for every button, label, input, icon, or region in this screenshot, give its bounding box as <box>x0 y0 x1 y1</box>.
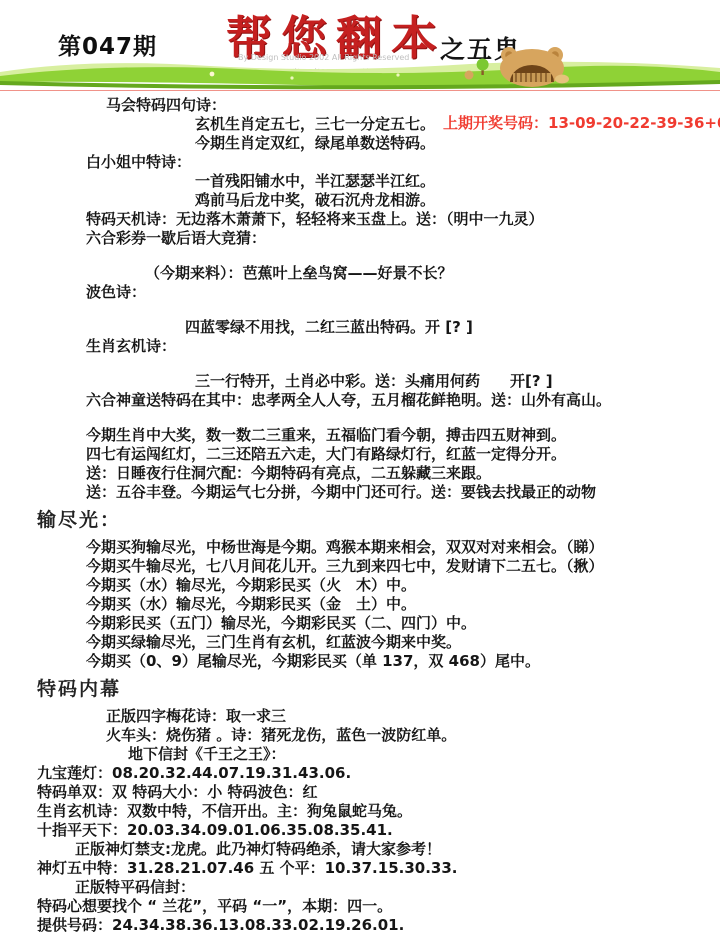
text-line: 特码天机诗：无边落木萧萧下，轻轻将来玉盘上。送：（明中一九灵） <box>86 210 720 229</box>
text-line: 特码心想要找个 “ 兰花”，平码 “一”，本期：四一。 <box>37 897 720 916</box>
text-line: 地下信封《千王之王》： <box>128 745 720 764</box>
text-line: 三一行特开，土肖必中彩。送：头痛用何药 开[? ] <box>195 372 720 391</box>
text-line: 六合神童送特码在其中：忠孝两全人人夸，五月榴花鲜艳明。送：山外有高山。 <box>86 391 720 410</box>
text-line: 六合彩券一歇后语大竞猜： <box>86 229 720 248</box>
text-line: 四七有运闯红灯，二三还陪五六走，大门有路绿灯行，红蓝一定得分开。 <box>86 445 720 464</box>
text-line: 生肖玄机诗： <box>86 337 720 356</box>
text-line: 提供号码：24.34.38.36.13.08.33.02.19.26.01. <box>37 916 720 935</box>
grass-dot <box>210 72 215 77</box>
text-line: 送：日睡夜行住洞穴配：今期特码有亮点，二五躲藏三来跟。 <box>86 464 720 483</box>
last-draw-label: 上期开奖号码： <box>443 114 548 132</box>
content: 上期开奖号码：13-09-20-22-39-36+03 马会特码四句诗：玄机生肖… <box>0 90 720 935</box>
text-line: 输尽光： <box>37 508 720 532</box>
text-line: 一首残阳铺水中，半江瑟瑟半江红。 <box>195 172 720 191</box>
text-line: 生肖玄机诗：双数中特，不信开出。主：狗兔鼠蛇马兔。 <box>37 802 720 821</box>
text-line: 九宝莲灯：08.20.32.44.07.19.31.43.06. <box>37 764 720 783</box>
text-line: 火车头：烧伤猪 。诗：猪死龙伤，蓝色一波防红单。 <box>106 726 720 745</box>
text-line: 今期买（水）输尽光，今期彩民买（金 土）中。 <box>86 595 720 614</box>
text-lines: 马会特码四句诗：玄机生肖定五七，三七一分定五七。今期生肖定双红，绿尾单数送特码。… <box>0 96 720 935</box>
text-line: 送：五谷丰登。今期运气七分拼，今期中门还可行。送：要钱去找最正的动物 <box>86 483 720 502</box>
text-line: 今期生肖中大奖，数一数二三重来，五福临门看今朝，搏击四五财神到。 <box>86 426 720 445</box>
grass-banner-illustration <box>0 44 720 90</box>
text-line: 波色诗： <box>86 283 720 302</box>
last-draw-numbers: 上期开奖号码：13-09-20-22-39-36+03 <box>443 112 720 133</box>
text-line: 今期彩民买（五门）输尽光，今期彩民买（二、四门）中。 <box>86 614 720 633</box>
text-line: 神灯五中特：31.28.21.07.46 五 个平：10.37.15.30.33… <box>37 859 720 878</box>
text-line: （今期来料）：芭蕉叶上垒鸟窝——好景不长？ <box>145 264 720 283</box>
text-line: 鸡前马后龙中奖，破石沉舟龙相游。 <box>195 191 720 210</box>
text-line: 十指平天下：20.03.34.09.01.06.35.08.35.41. <box>37 821 720 840</box>
grass-dot <box>396 73 399 76</box>
text-line: 特码单双：双 特码大小：小 特码波色：红 <box>37 783 720 802</box>
text-line: 特码内幕 <box>37 677 720 701</box>
tip-sheet-page: 第047期 帮您翻本之五鬼 By Design Studio 2002 All … <box>0 0 720 942</box>
text-line: 白小姐中特诗： <box>86 153 720 172</box>
bear-house-icon <box>500 47 569 87</box>
text-line: 正版特平码信封： <box>75 878 720 897</box>
text-line: 今期生肖定双红，绿尾单数送特码。 <box>195 134 720 153</box>
header: 第047期 帮您翻本之五鬼 By Design Studio 2002 All … <box>0 0 720 90</box>
grass-dot <box>290 76 293 79</box>
text-line: 今期买狗输尽光，中杨世海是今期。鸡猴本期来相会，双双对对来相会。（睇） <box>86 538 720 557</box>
bear-cub-icon <box>465 71 474 80</box>
text-line: 今期买绿输尽光，三门生肖有玄机，红蓝波今期来中奖。 <box>86 633 720 652</box>
text-line: 今期买（0、9）尾输尽光，今期彩民买（单 137，双 468）尾中。 <box>86 652 720 671</box>
text-line: 今期买（水）输尽光，今期彩民买（火 木）中。 <box>86 576 720 595</box>
text-line: 正版四字梅花诗：取一求三 <box>106 707 720 726</box>
text-line: 今期买牛输尽光，七八月间花儿开。三九到来四七中，发财请下二五七。（揪） <box>86 557 720 576</box>
text-line: 四蓝零绿不用找，二红三蓝出特码。开 [? ] <box>185 318 720 337</box>
text-line: 正版神灯禁支:龙虎。此乃神灯特码绝杀，请大家参考！ <box>75 840 720 859</box>
last-draw-value: 13-09-20-22-39-36+03 <box>548 114 720 132</box>
